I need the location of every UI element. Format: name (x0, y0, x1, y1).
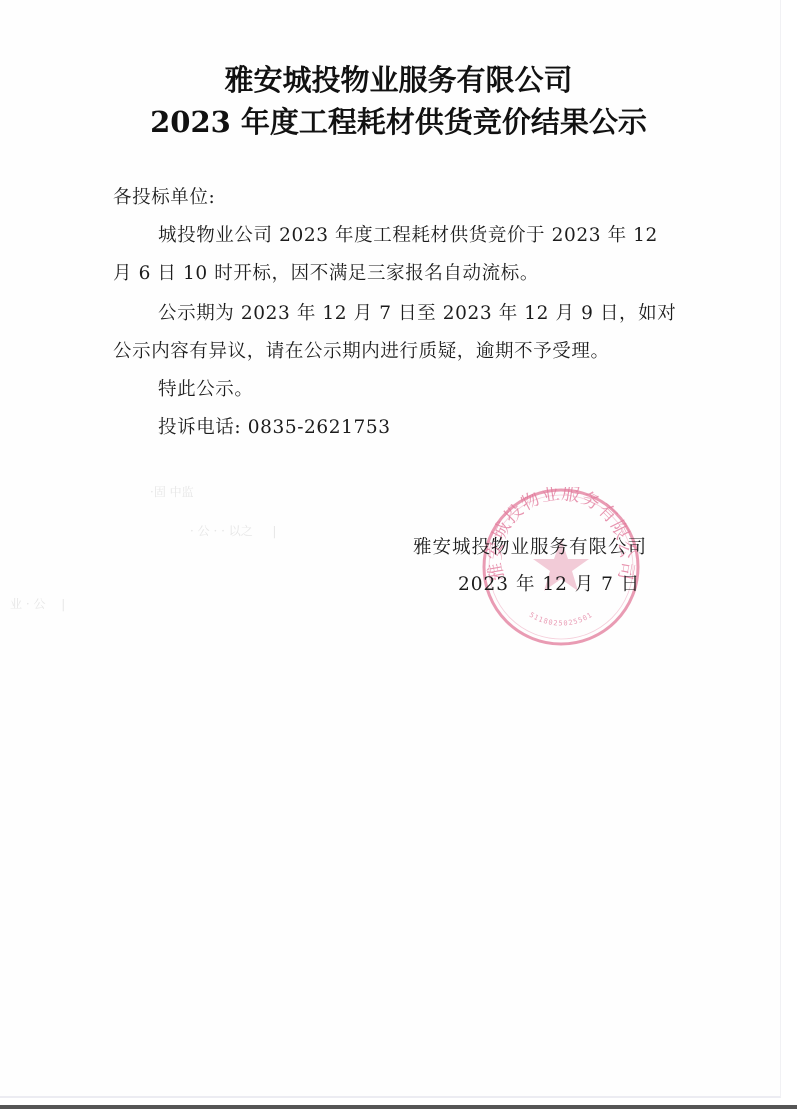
paragraph-2-line-1: 公示期为 2023 年 12 月 7 日至 2023 年 12 月 9 日，如对 (158, 299, 676, 325)
paragraph-2-line-2: 公示内容有异议，请在公示期内进行质疑，逾期不予受理。 (113, 337, 610, 363)
document-title-subject: 2023 年度工程耗材供货竞价结果公示 (0, 100, 797, 141)
closing-statement: 特此公示。 (158, 375, 254, 401)
official-seal-icon: 雅安城投物业服务有限公司 5118025025501 (481, 487, 641, 647)
svg-text:5118025025501: 5118025025501 (528, 611, 594, 628)
paragraph-1-line-1: 城投物业公司 2023 年度工程耗材供货竞价于 2023 年 12 (158, 221, 658, 247)
paragraph-1-line-2: 月 6 日 10 时开标，因不满足三家报名自动流标。 (113, 259, 539, 285)
signature-company: 雅安城投物业服务有限公司 (413, 533, 647, 559)
viewer-bottom-edge (0, 1105, 797, 1109)
scan-artifact: · 公 · · 以之 | (190, 522, 276, 539)
document-page: 雅安城投物业服务有限公司 2023 年度工程耗材供货竞价结果公示 各投标单位: … (0, 0, 781, 1098)
salutation: 各投标单位: (113, 183, 215, 209)
complaint-phone: 投诉电话: 0835-2621753 (158, 413, 391, 439)
signature-date: 2023 年 12 月 7 日 (458, 570, 640, 596)
scan-artifact: 业 · 公 | (10, 595, 65, 612)
scan-artifact: ·固 中监 (150, 483, 194, 500)
document-title-company: 雅安城投物业服务有限公司 (0, 58, 797, 99)
